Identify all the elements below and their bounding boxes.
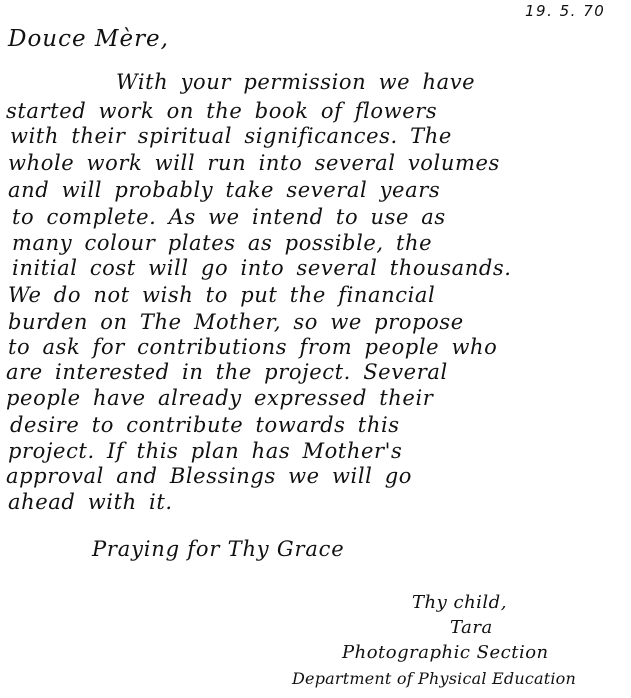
body-line: With your permission we have bbox=[116, 70, 475, 94]
signer-department: Department of Physical Education bbox=[292, 668, 576, 690]
body-line: project. If this plan has Mother's bbox=[8, 439, 402, 463]
body-line: with their spiritual significances. The bbox=[10, 124, 452, 148]
body-line: to ask for contributions from people who bbox=[8, 335, 497, 359]
body-line: to complete. As we intend to use as bbox=[12, 205, 446, 229]
body-line: started work on the book of flowers bbox=[6, 99, 437, 123]
body-line: are interested in the project. Several bbox=[6, 360, 448, 384]
signer-section: Photographic Section bbox=[342, 642, 549, 664]
body-line: whole work will run into several volumes bbox=[8, 151, 500, 175]
body-line: desire to contribute towards this bbox=[10, 413, 400, 437]
body-line: many colour plates as possible, the bbox=[12, 231, 432, 255]
body-line: people have already expressed their bbox=[6, 386, 433, 410]
valediction: Thy child, bbox=[412, 592, 507, 614]
salutation: Douce Mère, bbox=[8, 26, 169, 52]
body-line: ahead with it. bbox=[8, 490, 173, 514]
signer-name: Tara bbox=[450, 617, 493, 639]
body-line: We do not wish to put the financial bbox=[8, 283, 435, 307]
handwritten-letter: 19. 5. 70 Douce Mère, With your permissi… bbox=[0, 0, 631, 698]
letter-date: 19. 5. 70 bbox=[525, 2, 605, 20]
closing-line: Praying for Thy Grace bbox=[92, 537, 344, 561]
body-line: burden on The Mother, so we propose bbox=[8, 310, 464, 334]
body-line: approval and Blessings we will go bbox=[6, 464, 412, 488]
body-line: and will probably take several years bbox=[8, 178, 440, 202]
body-line: initial cost will go into several thousa… bbox=[12, 256, 512, 280]
